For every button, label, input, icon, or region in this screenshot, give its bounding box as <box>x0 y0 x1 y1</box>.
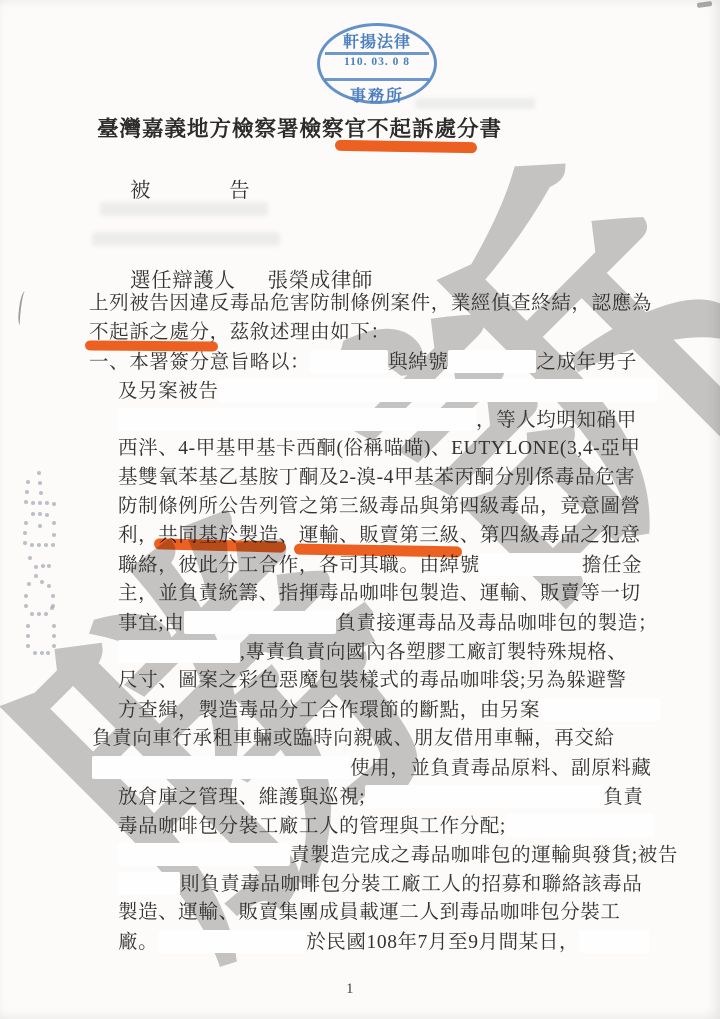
stamp-firm-name: 軒揚法律 <box>320 29 434 52</box>
dot-matrix-mark <box>38 501 42 505</box>
scan-speck <box>697 1 713 8</box>
dot-matrix-mark <box>23 531 27 535</box>
body-text: 事宜;由 <box>118 613 184 634</box>
body-line: 廠。於民國108年7月至9月間某日， <box>118 930 649 955</box>
defendant-label-char: 被 <box>130 180 151 202</box>
dot-matrix-mark <box>23 541 27 545</box>
dot-matrix-mark <box>38 512 42 516</box>
redaction-box <box>219 379 657 402</box>
redaction-box <box>540 698 660 721</box>
dot-matrix-mark <box>47 564 51 568</box>
redaction-box <box>158 930 306 953</box>
redaction-box <box>448 350 536 373</box>
document-title: 臺灣嘉義地方檢察署檢察官不起訴處分書 <box>97 112 502 143</box>
dot-matrix-mark <box>26 624 30 628</box>
dot-matrix-mark <box>24 500 28 504</box>
bleedthrough-mark <box>100 202 268 216</box>
scanned-legal-document: 勝 訴 軒揚法律 110. 03. 0 8 事務所 臺灣嘉義地方檢察署檢察官不起… <box>0 0 720 1019</box>
body-line: 聯絡，彼此分工合作，各司其職。由綽號擔任金 <box>118 553 642 578</box>
body-text: 之成年男子 <box>536 352 637 373</box>
dot-matrix-mark <box>24 604 28 608</box>
dot-matrix-mark <box>37 612 41 616</box>
body-line: 方查緝，製造毒品分工合作環節的斷點，由另案 <box>118 698 660 723</box>
dot-matrix-mark <box>51 543 55 547</box>
dot-matrix-mark <box>38 524 42 528</box>
body-text: 方查緝，製造毒品分工合作環節的斷點，由另案 <box>118 700 540 721</box>
bleedthrough-mark <box>92 232 280 246</box>
body-text: 使用，並負責毒品原料、副原料藏 <box>350 758 652 779</box>
body-line: 則負責毒品咖啡包分裝工廠工人的招募和聯絡該毒品 <box>118 872 642 897</box>
body-text: 製造、運輸、販賣集團成員載運二人到毒品咖啡包分裝工 <box>118 902 621 923</box>
body-text: 西泮、4-甲基甲基卡西酮(俗稱喵喵)、EUTYLONE(3,4-亞甲 <box>118 438 640 459</box>
defense-counsel-name: 張榮成律師 <box>268 270 374 292</box>
dot-matrix-mark <box>33 651 37 655</box>
stamp-date: 110. 03. 0 8 <box>320 56 434 68</box>
body-text: 放倉庫之管理、維護與巡視; <box>118 787 365 808</box>
body-line: 放倉庫之管理、維護與巡視;負責 <box>118 785 643 810</box>
body-line: ,專責負責向國內各塑膠工廠訂製特殊規格、 <box>118 640 627 665</box>
body-text: 負責向車行承租車輛或臨時向親戚、朋友借用車輛，再交給 <box>92 728 615 749</box>
dot-matrix-mark <box>44 612 48 616</box>
body-text: 責製造完成之毒品咖啡包的運輸與發貨;被告 <box>290 845 678 866</box>
body-line: 使用，並負責毒品原料、副原料藏 <box>92 756 652 781</box>
dot-matrix-mark <box>46 651 50 655</box>
dot-matrix-mark <box>51 594 55 598</box>
body-text: 毒品咖啡包分裝工廠工人的管理與工作分配; <box>118 816 506 837</box>
dot-matrix-mark <box>37 543 41 547</box>
dot-matrix-mark <box>40 651 44 655</box>
body-text: 負責 <box>603 787 643 808</box>
dot-matrix-mark <box>47 584 51 588</box>
body-line: 事宜;由負責接運毒品及毒品咖啡包的製造； <box>118 611 658 636</box>
body-text: 與綽號 <box>388 352 448 373</box>
law-firm-date-stamp: 軒揚法律 110. 03. 0 8 事務所 <box>317 23 437 104</box>
body-text: 於民國108年7月至9月間某日， <box>306 932 579 953</box>
redaction-box <box>118 843 290 866</box>
body-text: 則負責毒品咖啡包分裝工廠工人的招募和聯絡該毒品 <box>180 874 642 895</box>
redaction-box <box>92 756 350 779</box>
body-text: 聯絡，彼此分工合作，各司其職。由綽號 <box>118 555 480 576</box>
body-line: 負責向車行承租車輛或臨時向親戚、朋友借用車輛，再交給 <box>92 727 615 751</box>
body-line: 防制條例所公告列管之第三級毒品與第四級毒品，竟意圖營 <box>118 495 641 519</box>
dot-matrix-mark <box>40 580 44 584</box>
body-line: 製造、運輸、販賣集團成員載運二人到毒品咖啡包分裝工 <box>118 901 621 925</box>
body-text: 廠。 <box>118 932 158 953</box>
ink-squiggle-mark <box>17 291 28 326</box>
body-line: 毒品咖啡包分裝工廠工人的管理與工作分配; <box>118 814 654 839</box>
stamp-divider <box>325 52 429 55</box>
dot-matrix-mark <box>30 612 34 616</box>
body-line: 及另案被告 <box>118 379 657 404</box>
redaction-box <box>365 785 603 808</box>
dot-matrix-mark <box>34 565 38 569</box>
body-text: 主，並負責統籌、指揮毒品咖啡包製造、運輸、販賣等一切 <box>118 583 641 604</box>
dot-matrix-mark <box>39 491 43 495</box>
body-text: 不起訴之處分，茲敘述理由如下： <box>89 322 391 343</box>
dot-matrix-mark <box>52 634 56 638</box>
orange-highlight-marker <box>85 340 218 351</box>
body-text: 上列被告因違反毒品危害防制條例案件，業經偵查終結，認應為 <box>89 293 652 314</box>
dot-matrix-mark <box>52 644 56 648</box>
body-text: 基雙氧苯基乙基胺丁酮及2-溴-4甲基苯丙酮分別係毒品危害 <box>118 467 635 488</box>
body-text: ，等人均明知硝甲 <box>476 410 637 431</box>
dot-matrix-mark <box>45 513 49 517</box>
body-text: 負責接運毒品及毒品咖啡包的製造； <box>336 613 658 634</box>
body-line: 上列被告因違反毒品危害防制條例案件，業經偵查終結，認應為 <box>89 292 652 316</box>
dot-matrix-mark <box>25 490 29 494</box>
dot-matrix-mark <box>41 564 45 568</box>
body-line: 基雙氧苯基乙基胺丁酮及2-溴-4甲基苯丙酮分別係毒品危害 <box>118 466 635 490</box>
dot-matrix-mark <box>24 594 28 598</box>
dot-matrix-mark <box>30 543 34 547</box>
dot-matrix-mark <box>52 502 56 506</box>
redaction-box <box>480 553 582 576</box>
dot-matrix-mark <box>31 512 35 516</box>
redaction-box <box>184 611 336 634</box>
body-text: 防制條例所公告列管之第三級毒品與第四級毒品，竟意圖營 <box>118 496 641 517</box>
body-text: 擔任金 <box>582 555 642 576</box>
redaction-box <box>118 408 476 431</box>
redaction-box <box>310 350 388 373</box>
body-line: 西泮、4-甲基甲基卡西酮(俗稱喵喵)、EUTYLONE(3,4-亞甲 <box>118 437 640 461</box>
stamp-office-label: 事務所 <box>320 83 434 106</box>
dot-matrix-mark <box>28 556 32 560</box>
stamp-divider <box>325 78 429 81</box>
orange-highlight-marker <box>335 140 477 153</box>
page-number: 1 <box>346 981 354 998</box>
redaction-box <box>118 872 180 895</box>
body-text: 及另案被告 <box>118 381 219 402</box>
dot-matrix-mark <box>37 471 41 475</box>
dot-matrix-mark <box>27 582 31 586</box>
defense-counsel-label: 選任辯護人 <box>130 270 236 292</box>
defendant-label: 被告 <box>130 173 250 203</box>
redaction-box <box>579 930 649 953</box>
dot-matrix-mark <box>26 644 30 648</box>
dot-matrix-mark <box>45 501 49 505</box>
redaction-box <box>118 640 240 663</box>
dot-matrix-mark <box>50 606 54 610</box>
dot-matrix-mark <box>52 521 56 525</box>
dot-matrix-mark <box>52 624 56 628</box>
dot-matrix-mark <box>52 533 56 537</box>
body-text: 尺寸、圖案之彩色惡魔包裝樣式的毒品咖啡袋;另為躲避警 <box>118 670 627 691</box>
dot-matrix-mark <box>44 543 48 547</box>
body-text: ,專責負責向國內各塑膠工廠訂製特殊規格、 <box>240 642 627 663</box>
redaction-box <box>506 814 654 837</box>
defense-counsel-row: 選任辯護人張榮成律師 <box>130 263 373 293</box>
body-text: 一、本署簽分意旨略以： <box>89 352 310 373</box>
defendant-label-char: 告 <box>229 180 250 202</box>
dot-matrix-mark <box>38 481 42 485</box>
dot-matrix-mark <box>26 634 30 638</box>
body-line: 尺寸、圖案之彩色惡魔包裝樣式的毒品咖啡袋;另為躲避警 <box>118 669 627 693</box>
body-line: ，等人均明知硝甲 <box>118 408 637 433</box>
body-line: 主，並負責統籌、指揮毒品咖啡包製造、運輸、販賣等一切 <box>118 582 641 606</box>
body-line: 責製造完成之毒品咖啡包的運輸與發貨;被告 <box>118 843 678 868</box>
dot-matrix-mark <box>24 521 28 525</box>
dot-matrix-mark <box>34 574 38 578</box>
body-line: 一、本署簽分意旨略以：與綽號之成年男子 <box>89 350 637 375</box>
dot-matrix-mark <box>31 501 35 505</box>
dot-matrix-mark <box>26 480 30 484</box>
